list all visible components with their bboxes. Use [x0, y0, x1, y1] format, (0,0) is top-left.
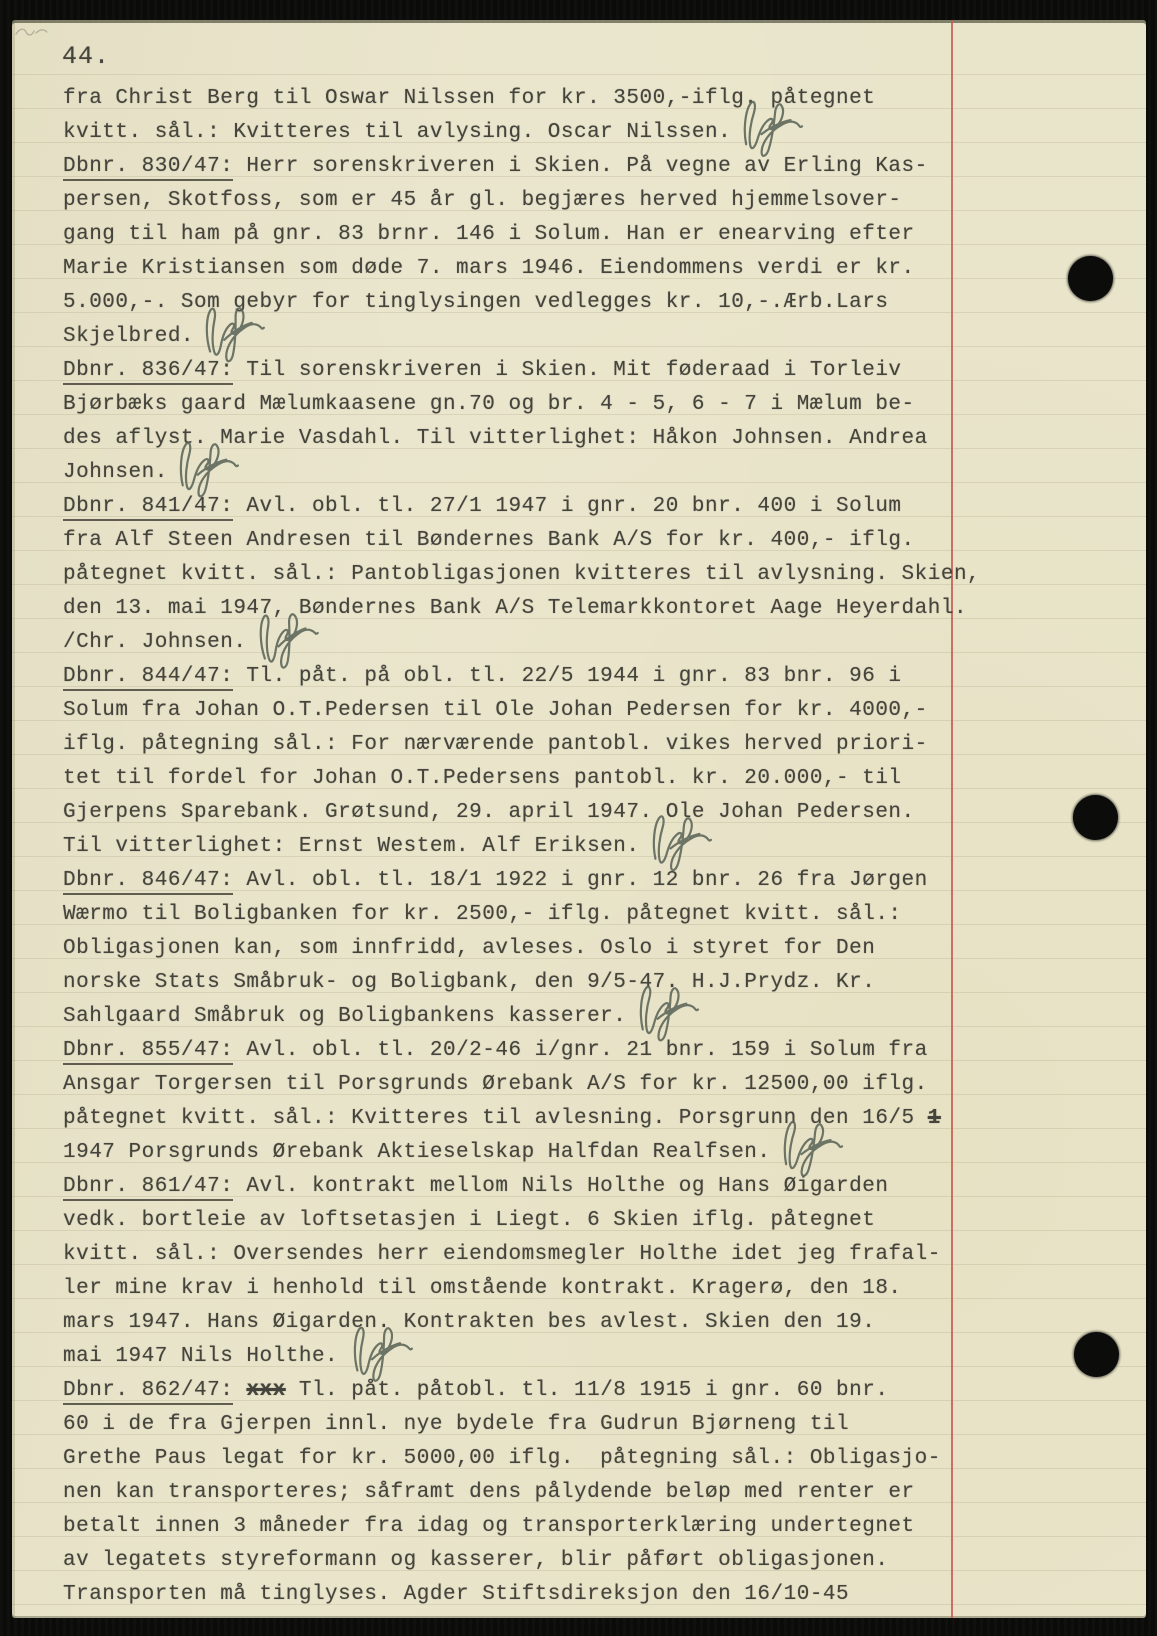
- text-line: 1947 Porsgrunds Ørebank Aktieselskap Hal…: [63, 1136, 1083, 1170]
- struck-text: 1: [928, 1107, 941, 1130]
- text-line: Dbnr. 841/47: Avl. obl. tl. 27/1 1947 i …: [63, 490, 1083, 524]
- text-line: /Chr. Johnsen.: [63, 626, 1083, 660]
- text-segment: Johnsen.: [63, 461, 168, 484]
- text-line: Til vitterlighet: Ernst Westem. Alf Erik…: [63, 830, 1083, 864]
- text-segment: Til vitterlighet: Ernst Westem. Alf Erik…: [63, 835, 640, 858]
- text-line: Marie Kristiansen som døde 7. mars 1946.…: [63, 252, 1083, 286]
- text-segment: Obligasjonen kan, som innfridd, avleses.…: [63, 937, 875, 960]
- text-segment: /Chr. Johnsen.: [63, 631, 246, 654]
- text-line: norske Stats Småbruk- og Boligbank, den …: [63, 966, 1083, 1000]
- text-line: 60 i de fra Gjerpen innl. nye bydele fra…: [63, 1408, 1083, 1442]
- text-segment: tet til fordel for Johan O.T.Pedersens p…: [63, 767, 902, 790]
- text-segment: Herr sorenskriveren i Skien. På vegne av…: [233, 155, 927, 178]
- punch-hole: [1073, 795, 1118, 840]
- text-line: Wærmo til Boligbanken for kr. 2500,- ifl…: [63, 898, 1083, 932]
- text-segment: Transporten må tinglyses. Agder Stiftsdi…: [63, 1583, 849, 1606]
- text-line: Dbnr. 846/47: Avl. obl. tl. 18/1 1922 i …: [63, 864, 1083, 898]
- scanned-document-image: { "page_number": "44.", "colors": { "pap…: [0, 0, 1157, 1636]
- text-line: Skjelbred.: [63, 320, 1083, 354]
- text-segment: ler mine krav i henhold til omstående ko…: [63, 1277, 902, 1300]
- text-line: fra Alf Steen Andresen til Bøndernes Ban…: [63, 524, 1083, 558]
- text-line: Dbnr. 862/47: xxx Tl. påt. påtobl. tl. 1…: [63, 1374, 1083, 1408]
- text-line: Dbnr. 836/47: Til sorenskriveren i Skien…: [63, 354, 1083, 388]
- text-segment: Avl. obl. tl. 18/1 1922 i gnr. 12 bnr. 2…: [233, 869, 927, 892]
- text-line: 5.000,-. Som gebyr for tinglysingen vedl…: [63, 286, 1083, 320]
- document-page: 44. fra Christ Berg til Oswar Nilssen fo…: [12, 20, 1146, 1618]
- text-line: Dbnr. 861/47: Avl. kontrakt mellom Nils …: [63, 1170, 1083, 1204]
- text-segment: betalt innen 3 måneder fra idag og trans…: [63, 1515, 915, 1538]
- punch-hole: [1074, 1332, 1119, 1377]
- text-line: Obligasjonen kan, som innfridd, avleses.…: [63, 932, 1083, 966]
- text-line: påtegnet kvitt. sål.: Pantobligasjonen k…: [63, 558, 1083, 592]
- text-line: den 13. mai 1947, Bøndernes Bank A/S Tel…: [63, 592, 1083, 626]
- document-text-block: fra Christ Berg til Oswar Nilssen for kr…: [63, 82, 1083, 1612]
- entry-number: Dbnr. 861/47:: [63, 1175, 233, 1201]
- text-segment: vedk. bortleie av loftsetasjen i Liegt. …: [63, 1209, 875, 1232]
- entry-number: Dbnr. 862/47:: [63, 1379, 233, 1405]
- text-segment: nen kan transporteres; såframt dens påly…: [63, 1481, 915, 1504]
- text-line: Transporten må tinglyses. Agder Stiftsdi…: [63, 1578, 1083, 1612]
- text-segment: des aflyst. Marie Vasdahl. Til vitterlig…: [63, 427, 928, 450]
- text-segment: Avl. obl. tl. 27/1 1947 i gnr. 20 bnr. 4…: [233, 495, 901, 518]
- text-line: nen kan transporteres; såframt dens påly…: [63, 1476, 1083, 1510]
- text-line: persen, Skotfoss, som er 45 år gl. begjæ…: [63, 184, 1083, 218]
- text-segment: Solum fra Johan O.T.Pedersen til Ole Joh…: [63, 699, 928, 722]
- entry-number: Dbnr. 830/47:: [63, 155, 233, 181]
- text-segment: Wærmo til Boligbanken for kr. 2500,- ifl…: [63, 903, 902, 926]
- text-segment: av legatets styreformann og kasserer, bl…: [63, 1549, 888, 1572]
- text-segment: [233, 1379, 246, 1402]
- entry-number: Dbnr. 844/47:: [63, 665, 233, 691]
- text-segment: kvitt. sål.: Kvitteres til avlysing. Osc…: [63, 121, 731, 144]
- text-segment: gang til ham på gnr. 83 brnr. 146 i Solu…: [63, 223, 915, 246]
- text-line: Johnsen.: [63, 456, 1083, 490]
- text-segment: Bjørbæks gaard Mælumkaasene gn.70 og br.…: [63, 393, 915, 416]
- text-segment: påtegnet kvitt. sål.: Pantobligasjonen k…: [63, 563, 980, 586]
- text-line: av legatets styreformann og kasserer, bl…: [63, 1544, 1083, 1578]
- text-line: Sahlgaard Småbruk og Boligbankens kasser…: [63, 1000, 1083, 1034]
- text-line: Solum fra Johan O.T.Pedersen til Ole Joh…: [63, 694, 1083, 728]
- text-line: kvitt. sål.: Oversendes herr eiendomsmeg…: [63, 1238, 1083, 1272]
- entry-number: Dbnr. 846/47:: [63, 869, 233, 895]
- text-line: tet til fordel for Johan O.T.Pedersens p…: [63, 762, 1083, 796]
- text-segment: Marie Kristiansen som døde 7. mars 1946.…: [63, 257, 915, 280]
- text-line: påtegnet kvitt. sål.: Kvitteres til avle…: [63, 1102, 1083, 1136]
- text-segment: norske Stats Småbruk- og Boligbank, den …: [63, 971, 875, 994]
- text-line: fra Christ Berg til Oswar Nilssen for kr…: [63, 82, 1083, 116]
- text-line: Dbnr. 844/47: Tl. påt. på obl. tl. 22/5 …: [63, 660, 1083, 694]
- punch-hole: [1068, 256, 1113, 301]
- text-segment: kvitt. sål.: Oversendes herr eiendomsmeg…: [63, 1243, 941, 1266]
- text-segment: 1947 Porsgrunds Ørebank Aktieselskap Hal…: [63, 1141, 771, 1164]
- text-segment: Sahlgaard Småbruk og Boligbankens kasser…: [63, 1005, 626, 1028]
- text-segment: fra Alf Steen Andresen til Bøndernes Ban…: [63, 529, 915, 552]
- text-segment: fra Christ Berg til Oswar Nilssen for kr…: [63, 87, 875, 110]
- entry-number: Dbnr. 841/47:: [63, 495, 233, 521]
- text-segment: persen, Skotfoss, som er 45 år gl. begjæ…: [63, 189, 902, 212]
- text-segment: Til sorenskriveren i Skien. Mit føderaad…: [233, 359, 901, 382]
- page-number: 44.: [62, 42, 110, 71]
- text-segment: Skjelbred.: [63, 325, 194, 348]
- text-segment: den 13. mai 1947, Bøndernes Bank A/S Tel…: [63, 597, 967, 620]
- text-line: betalt innen 3 måneder fra idag og trans…: [63, 1510, 1083, 1544]
- text-line: des aflyst. Marie Vasdahl. Til vitterlig…: [63, 422, 1083, 456]
- text-line: Dbnr. 830/47: Herr sorenskriveren i Skie…: [63, 150, 1083, 184]
- text-segment: iflg. påtegning sål.: For nærværende pan…: [63, 733, 928, 756]
- text-line: Grethe Paus legat for kr. 5000,00 iflg. …: [63, 1442, 1083, 1476]
- text-line: iflg. påtegning sål.: For nærværende pan…: [63, 728, 1083, 762]
- text-segment: mars 1947. Hans Øigarden. Kontrakten bes…: [63, 1311, 875, 1334]
- text-segment: 5.000,-. Som gebyr for tinglysingen vedl…: [63, 291, 888, 314]
- text-line: kvitt. sål.: Kvitteres til avlysing. Osc…: [63, 116, 1083, 150]
- text-segment: påtegnet kvitt. sål.: Kvitteres til avle…: [63, 1107, 928, 1130]
- text-segment: Avl. obl. tl. 20/2-46 i/gnr. 21 bnr. 159…: [233, 1039, 927, 1062]
- text-line: ler mine krav i henhold til omstående ko…: [63, 1272, 1083, 1306]
- text-line: mars 1947. Hans Øigarden. Kontrakten bes…: [63, 1306, 1083, 1340]
- text-line: mai 1947 Nils Holthe.: [63, 1340, 1083, 1374]
- text-line: Ansgar Torgersen til Porsgrunds Ørebank …: [63, 1068, 1083, 1102]
- struck-text: xxx: [246, 1379, 285, 1402]
- text-line: gang til ham på gnr. 83 brnr. 146 i Solu…: [63, 218, 1083, 252]
- text-segment: mai 1947 Nils Holthe.: [63, 1345, 338, 1368]
- text-segment: Tl. påt. på obl. tl. 22/5 1944 i gnr. 83…: [233, 665, 901, 688]
- text-line: Dbnr. 855/47: Avl. obl. tl. 20/2-46 i/gn…: [63, 1034, 1083, 1068]
- entry-number: Dbnr. 836/47:: [63, 359, 233, 385]
- text-segment: Avl. kontrakt mellom Nils Holthe og Hans…: [233, 1175, 888, 1198]
- text-line: vedk. bortleie av loftsetasjen i Liegt. …: [63, 1204, 1083, 1238]
- text-segment: Gjerpens Sparebank. Grøtsund, 29. april …: [63, 801, 915, 824]
- text-line: Gjerpens Sparebank. Grøtsund, 29. april …: [63, 796, 1083, 830]
- entry-number: Dbnr. 855/47:: [63, 1039, 233, 1065]
- pencil-scribble: [14, 24, 50, 40]
- text-segment: Tl. påt. påtobl. tl. 11/8 1915 i gnr. 60…: [286, 1379, 889, 1402]
- text-segment: Ansgar Torgersen til Porsgrunds Ørebank …: [63, 1073, 928, 1096]
- text-segment: 60 i de fra Gjerpen innl. nye bydele fra…: [63, 1413, 849, 1436]
- text-segment: Grethe Paus legat for kr. 5000,00 iflg. …: [63, 1447, 941, 1470]
- text-line: Bjørbæks gaard Mælumkaasene gn.70 og br.…: [63, 388, 1083, 422]
